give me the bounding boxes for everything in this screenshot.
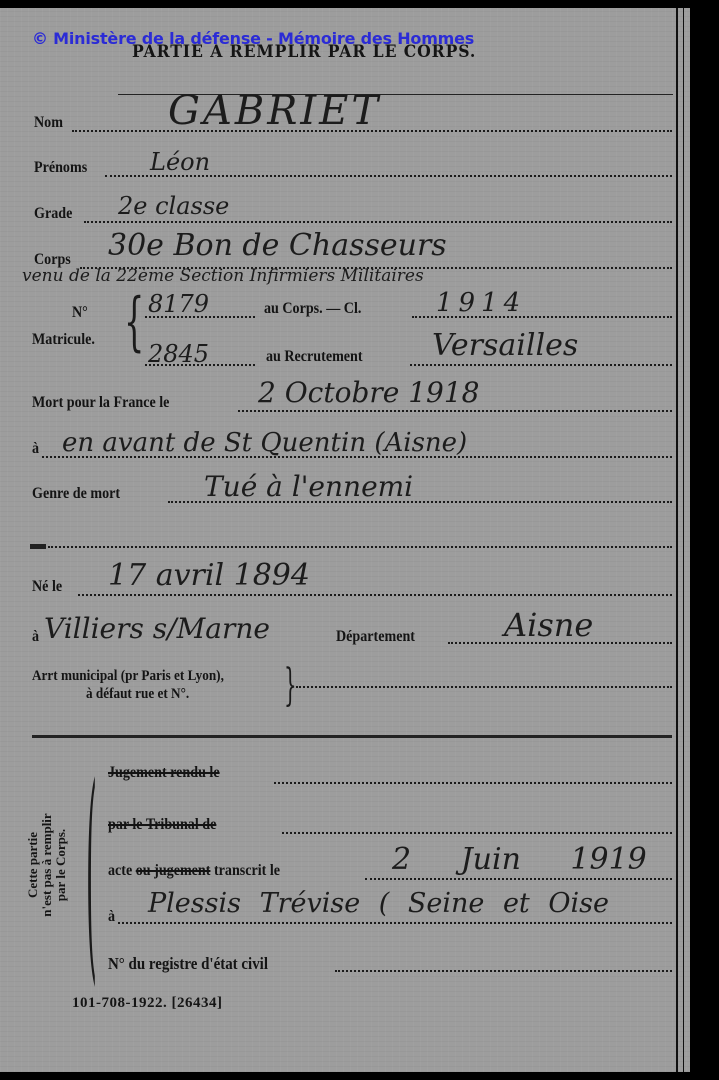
side-note-line-2: n'est pas à remplir (40, 790, 54, 940)
mort-dots (238, 410, 672, 412)
tribunal-dots (282, 832, 672, 834)
lieu-mort-value: en avant de St Quentin (Aisne) (62, 428, 467, 458)
tribunal-label: par le Tribunal de (108, 816, 216, 834)
mort-value: 2 Octobre 1918 (258, 376, 480, 409)
matricule-corps-dots (145, 316, 255, 318)
registre-dots (335, 970, 672, 972)
nom-value: GABRIET (168, 88, 381, 134)
grade-value: 2e classe (118, 192, 229, 220)
right-border-line (676, 8, 678, 1072)
arrondissement-brace: } (284, 664, 297, 708)
prenoms-label: Prénoms (34, 159, 87, 177)
departement-label: Département (336, 628, 415, 646)
nom-label: Nom (34, 114, 63, 132)
section-divider (32, 735, 672, 738)
blank-line-marker (30, 544, 46, 549)
blank-line-dots (48, 546, 672, 548)
corps-value: 30e Bon de Chasseurs (108, 228, 447, 263)
side-note-line-3: par le Corps. (54, 790, 68, 940)
matricule-brace: { (124, 290, 144, 354)
genre-mort-label: Genre de mort (32, 485, 120, 503)
grade-dots (84, 221, 672, 223)
ne-le-label: Né le (32, 578, 62, 596)
arrondissement-label-2: à défaut rue et N°. (86, 686, 189, 703)
recrutement-value: Versailles (432, 328, 578, 363)
arrondissement-label-1: Arrt municipal (pr Paris et Lyon), (32, 668, 224, 685)
acte-label-rest: transcrit le (214, 862, 280, 879)
lieu-naissance-value: Villiers s/Marne (44, 612, 270, 645)
mort-label: Mort pour la France le (32, 394, 169, 412)
recrutement-dots (410, 364, 672, 366)
matricule-corps-number: 8179 (148, 290, 209, 318)
acte-label-struck: ou jugement (136, 862, 211, 879)
grade-label: Grade (34, 205, 72, 223)
classe-value: 1914 (436, 288, 526, 318)
registre-label: N° du registre d'état civil (108, 954, 268, 974)
form-reference: 101-708-1922. [26434] (72, 995, 222, 1012)
ne-le-value: 17 avril 1894 (108, 558, 310, 593)
au-corps-label: au Corps. — Cl. (264, 300, 361, 318)
lieu-acte-label: à (108, 908, 115, 926)
genre-mort-value: Tué à l'ennemi (204, 470, 413, 503)
lieu-acte-dots (118, 922, 672, 924)
copyright-watermark: © Ministère de la défense - Mémoire des … (32, 29, 474, 48)
matricule-label: Matricule. (32, 331, 95, 349)
matricule-recrutement-dots (145, 364, 255, 366)
lieu-naissance-label: à (32, 628, 39, 646)
acte-value: 2 Juin 1919 (392, 842, 647, 877)
lower-section-brace: ( (86, 758, 97, 988)
acte-dots (365, 878, 672, 880)
jugement-label: Jugement rendu le (108, 764, 220, 782)
corps-annotation: venu de la 22ème Section Infirmiers Mili… (22, 266, 424, 286)
matricule-label-no: N° (72, 304, 88, 322)
jugement-dots (274, 782, 672, 784)
side-note: Cette partie n'est pas à remplir par le … (26, 790, 68, 940)
right-border-line-outer (683, 8, 684, 1072)
arrondissement-dots (296, 686, 672, 688)
au-recrutement-label: au Recrutement (266, 348, 363, 366)
acte-label: acte ou jugement transcrit le (108, 862, 280, 880)
lieu-acte-value: Plessis Trévise ( Seine et Oise (148, 888, 609, 919)
ne-le-dots (78, 594, 672, 596)
acte-label-word: acte (108, 862, 132, 879)
lieu-mort-label: à (32, 440, 39, 458)
departement-value: Aisne (504, 606, 593, 644)
side-note-line-1: Cette partie (26, 790, 40, 940)
prenoms-value: Léon (150, 148, 210, 176)
